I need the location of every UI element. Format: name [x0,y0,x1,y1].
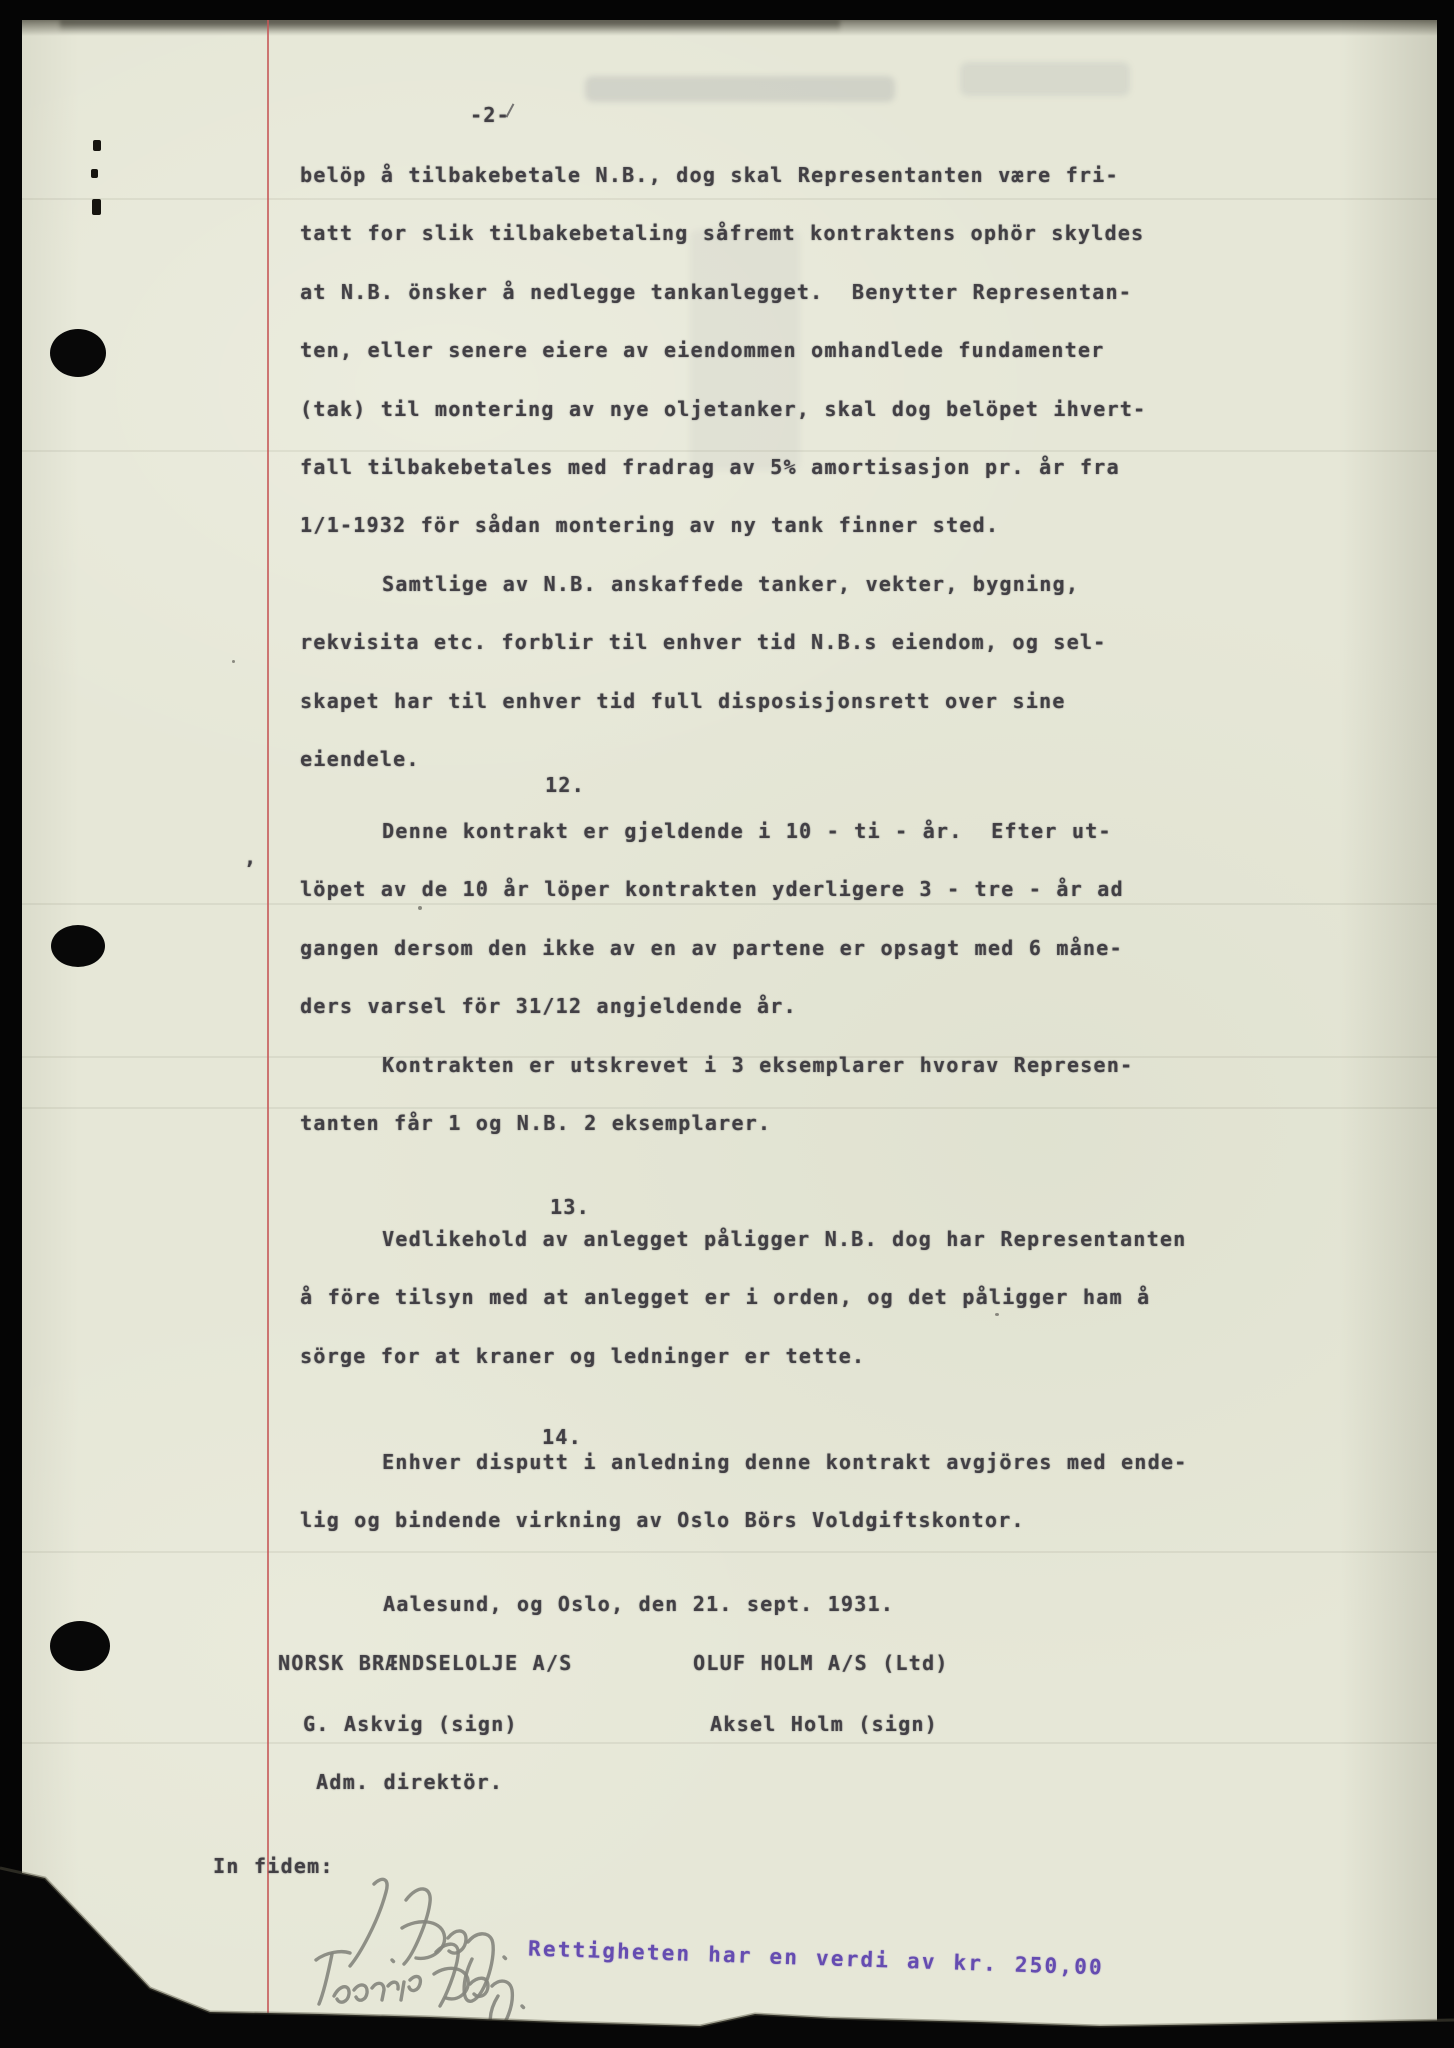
scan-edge-top [0,0,1454,20]
typed-line-23: Enhver disputt i anledning denne kontrak… [382,1451,1187,1473]
typed-line-3: ten, eller senere eiere av eiendommen om… [300,339,1104,361]
punch-hole [50,1621,110,1671]
ruling-line [22,1107,1438,1109]
typed-line-8: rekvisita etc. forblir til enhver tid N.… [300,631,1106,653]
ruling-line [22,1551,1438,1553]
signature-stroke [522,2006,524,2008]
signature-stroke [392,1960,394,1962]
typed-line-0: belöp å tilbakebetale N.B., dog skal Rep… [300,164,1119,186]
typed-line-12: Denne kontrakt er gjeldende i 10 - ti - … [382,820,1112,842]
typed-line-4: (tak) til montering av nye oljetanker, s… [300,398,1146,420]
signature-stroke [334,1977,420,2003]
typed-line-14: gangen dersom den ikke av en av partene … [300,937,1123,959]
signature-stroke [350,1879,387,1966]
scanned-document-page: -2- , belöp å tilbakebetale N.B., dog sk… [0,0,1454,2048]
torn-mark [93,140,101,151]
scan-edge-left [0,0,22,2048]
ruling-line [22,198,1438,200]
scan-edge-right [1437,0,1454,2048]
typed-line-18: 13. [550,1196,590,1218]
typed-line-21: sörge for at kraner og ledninger er tett… [300,1345,865,1367]
dust-speck [995,1313,999,1316]
typed-line-7: Samtlige av N.B. anskaffede tanker, vekt… [382,573,1079,595]
punch-hole [50,329,106,377]
torn-mark [91,169,98,178]
typed-line-5: fall tilbakebetales med fradrag av 5% am… [300,456,1120,478]
typed-line-30: Adm. direktör. [316,1771,503,1793]
typed-line-1: tatt for slik tilbakebetaling såfremt ko… [300,222,1144,244]
typed-line-2: at N.B. önsker å nedlegge tankanlegget. … [300,281,1132,303]
typed-line-15: ders varsel för 31/12 angjeldende år. [300,995,797,1017]
typed-line-22: 14. [542,1426,582,1448]
typed-line-16: Kontrakten er utskrevet i 3 eksemplarer … [382,1054,1133,1076]
paper-top-edge-shadow [60,20,840,32]
typed-line-17: tanten får 1 og N.B. 2 eksemplarer. [300,1112,771,1134]
typed-line-26: NORSK BRÆNDSELOLJE A/S [278,1652,572,1674]
typed-line-24: lig og bindende virkning av Oslo Börs Vo… [300,1509,1025,1531]
signature-stroke [504,1957,506,1959]
typed-line-10: eiendele. [300,748,420,770]
typed-line-20: å före tilsyn med at anlegget er i orden… [300,1286,1150,1308]
ruling-line [22,1742,1438,1744]
punch-hole [51,925,105,967]
dust-speck [232,660,235,663]
typed-line-11: 12. [545,774,585,796]
signature-stroke [464,1934,493,2001]
typed-line-13: löpet av de 10 år löper kontrakten yderl… [300,878,1124,900]
margin-comma-mark: , [244,846,257,868]
typed-line-27: OLUF HOLM A/S (Ltd) [693,1652,949,1674]
signature-stroke [490,1981,512,2030]
typed-line-9: skapet har til enhver tid full disposisj… [300,690,1066,712]
typed-line-19: Vedlikehold av anlegget påligger N.B. do… [382,1228,1186,1250]
page-number: -2- [470,104,510,126]
typed-line-28: G. Askvig (sign) [303,1713,518,1735]
margin-rule-line [267,20,269,2015]
ruling-line [22,903,1438,905]
ink-bleedthrough-smudge [960,62,1130,96]
signature-stroke [319,1954,332,2004]
typed-line-29: Aksel Holm (sign) [710,1713,938,1735]
dust-speck [418,906,422,910]
torn-mark [92,199,101,215]
ink-bleedthrough-smudge [585,76,895,102]
typed-line-6: 1/1-1932 för sådan montering av ny tank … [300,514,999,536]
typed-line-25: Aalesund, og Oslo, den 21. sept. 1931. [383,1593,894,1615]
